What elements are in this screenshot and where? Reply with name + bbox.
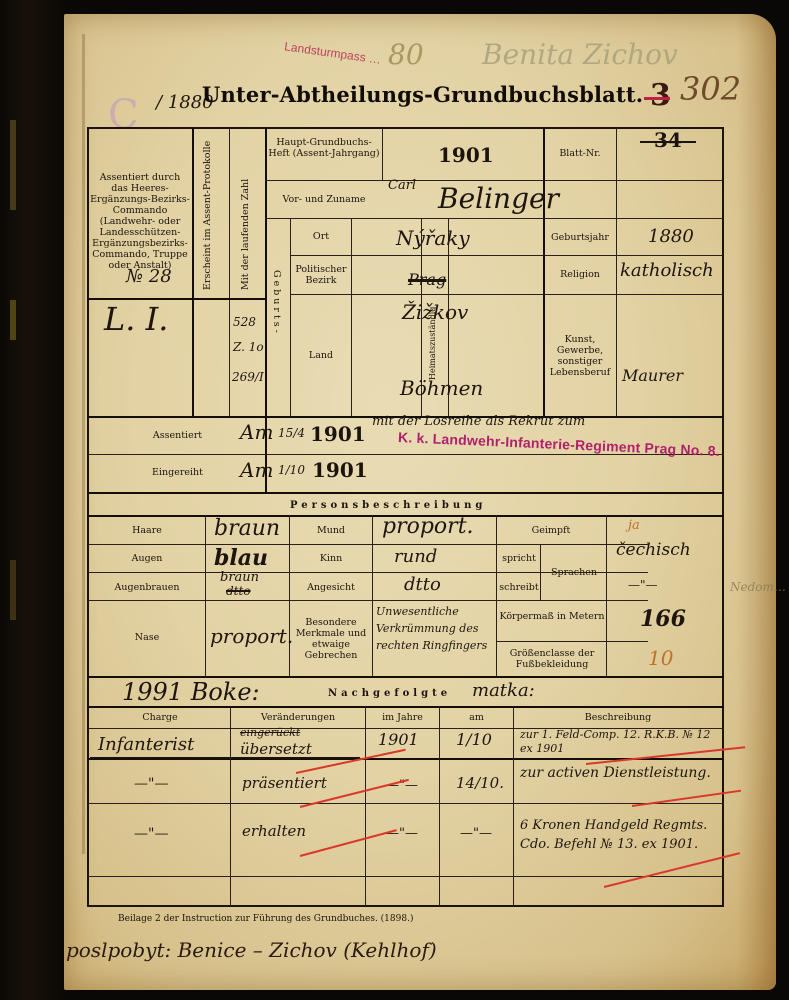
occupation-label: Kunst, Gewerbe, sonstiger Lebensberuf	[545, 334, 615, 378]
marks-value: Unwesentliche Verkrümmung des rechten Ri…	[376, 603, 494, 654]
shoe-size-value: 10	[648, 646, 673, 670]
eyebrows-struck: dtto	[226, 584, 251, 598]
grid-line	[365, 706, 366, 906]
birth-group-label: Geburts-	[271, 270, 282, 360]
eyebrows-label: Augenbrauen	[90, 582, 204, 593]
last-name: Belinger	[438, 182, 559, 215]
grid-line	[88, 492, 724, 494]
grid-line	[192, 128, 194, 416]
grid-line	[88, 803, 724, 804]
hair-label: Haare	[90, 525, 204, 536]
archive-number: 302	[680, 70, 741, 108]
pencil-number-80: 80	[388, 38, 424, 71]
col-date: am	[440, 712, 513, 723]
marks-label: Besondere Merkmale und etwaige Gebrechen	[291, 617, 371, 661]
birth-year-label: Geburtsjahr	[545, 232, 615, 243]
face-label: Angesicht	[291, 582, 371, 593]
grid-line	[513, 706, 514, 906]
occupation-value: Maurer	[622, 366, 683, 385]
grid-line	[265, 218, 723, 219]
first-name: Carl	[388, 178, 416, 193]
footer-print: Beilage 2 der Instruction zur Führung de…	[118, 914, 413, 924]
grid-line	[265, 180, 723, 181]
changes-section-title: Nachgefolgte	[328, 688, 451, 699]
mouth-label: Mund	[291, 525, 371, 536]
serial-value-1: 528	[233, 315, 256, 329]
land-label: Land	[292, 350, 350, 361]
vaccinated-value: ja	[628, 518, 640, 533]
unit-value: L. I.	[104, 300, 168, 338]
col-year: im Jahre	[366, 712, 439, 723]
col-description: Beschreibung	[514, 712, 722, 723]
row1-strike	[90, 757, 360, 759]
grid-line	[230, 706, 231, 906]
face-value: dtto	[404, 574, 441, 595]
col-changes: Veränderungen	[231, 712, 365, 723]
assentiert-year: 1901	[310, 422, 366, 446]
row1-change: übersetzt	[240, 740, 312, 758]
eyebrows-value: braun	[220, 570, 259, 585]
speaks-label: spricht	[498, 553, 540, 564]
pencil-name-top: Benita Zichov	[482, 38, 678, 71]
protocol-label: Erscheint im Assent-Protokolle	[202, 140, 213, 290]
blatt-label: Blatt-Nr.	[545, 148, 615, 159]
row1-change-struck: eingerückt	[240, 726, 300, 739]
grid-line	[439, 706, 440, 906]
description-section-title: Personsbeschreibung	[290, 500, 486, 511]
height-value: 166	[640, 606, 686, 632]
nose-value: proport.	[210, 624, 293, 648]
assentiert-date: 15/4	[278, 426, 305, 440]
mouth-value: proport.	[382, 514, 474, 539]
row1-year: 1901	[378, 730, 419, 749]
grid-line	[205, 515, 206, 676]
vaccinated-label: Geimpft	[498, 525, 604, 536]
page-edge-stain	[736, 14, 776, 990]
grid-line	[229, 128, 230, 416]
name-label: Vor- und Zuname	[268, 194, 380, 205]
grid-line	[88, 706, 724, 708]
eyes-value: blau	[214, 545, 268, 571]
hauptheft-label: Haupt-Grundbuchs-Heft (Assent-Jahrgang)	[268, 137, 380, 159]
grid-line	[290, 255, 723, 256]
bezirk-label: Politischer Bezirk	[292, 264, 350, 286]
margin-note: Nedom…	[730, 580, 786, 594]
serial-value-2: Z. 1o	[233, 340, 264, 354]
writes-label: schreibt	[498, 582, 540, 593]
serial-label: Mit der laufenden Zahl	[240, 140, 251, 290]
height-label: Körpermaß in Metern	[498, 611, 606, 622]
grid-line	[372, 515, 373, 676]
grid-line	[351, 218, 352, 416]
hauptheft-value: 1901	[438, 143, 494, 167]
handwritten-prefix: 1991 Boke:	[122, 678, 260, 706]
chin-label: Kinn	[291, 553, 371, 564]
grid-line	[88, 600, 648, 601]
handwritten-suffix: matka:	[472, 680, 535, 701]
blatt-strike	[640, 141, 696, 143]
row1-date: 1/10	[456, 730, 492, 749]
form-title: Unter-Abtheilungs-Grundbuchsblatt.	[202, 82, 643, 107]
grid-line	[290, 294, 723, 295]
shoe-size-label: Größenclasse der Fußbekleidung	[498, 648, 606, 670]
row1-charge: Infanterist	[98, 734, 194, 755]
assentiert-prefix: Am	[240, 420, 273, 444]
eyes-label: Augen	[90, 553, 204, 564]
grid-line	[606, 515, 607, 676]
grid-line	[290, 218, 291, 416]
row2-date: 14/10.	[456, 774, 504, 792]
hair-value: braun	[214, 516, 280, 541]
grid-line	[616, 128, 617, 416]
ort-label: Ort	[292, 231, 350, 242]
row2-change: präsentiert	[242, 774, 327, 792]
row3-description: 6 Kronen Handgeld Regmts. Cdo. Befehl № …	[520, 816, 710, 854]
grid-line	[540, 544, 541, 600]
birth-year-value: 1880	[648, 226, 694, 247]
col-charge: Charge	[90, 712, 230, 723]
religion-label: Religion	[545, 269, 615, 280]
chin-value: rund	[394, 546, 437, 567]
assentiert-label: Assentiert	[90, 430, 265, 441]
grid-line	[496, 641, 648, 642]
languages-label: Sprachen	[542, 567, 606, 578]
page-fold	[82, 34, 85, 854]
nose-label: Nase	[90, 632, 204, 643]
serial-value-3: 269/I	[232, 370, 264, 384]
speaks-value: čechisch	[616, 540, 691, 560]
grid-line	[88, 876, 724, 877]
grid-line	[382, 128, 383, 180]
row3-charge: —"—	[134, 826, 168, 842]
row3-change: erhalten	[242, 822, 306, 840]
eingereiht-year: 1901	[312, 458, 368, 482]
crossed-mark-strike	[644, 97, 670, 100]
row2-charge: —"—	[134, 776, 168, 792]
row2-description: zur activen Dienstleistung.	[520, 764, 720, 782]
bottom-note: poslpobyt: Benice – Zichov (Kehlhof)	[66, 938, 437, 962]
religion-value: katholisch	[620, 260, 714, 281]
eingereiht-date: 1/10	[278, 463, 305, 477]
assentiert-note: mit der Losreihe als Rekrut zum	[372, 414, 585, 429]
ort-value: Nýřaky	[396, 226, 470, 250]
assent-by-label: Assentiert durch das Heeres-Ergänzungs-B…	[90, 172, 190, 271]
grid-line	[88, 544, 648, 545]
blatt-value: 34	[654, 128, 682, 152]
assent-by-value: № 28	[126, 266, 172, 287]
row3-year: —"—	[386, 826, 418, 841]
row3-date: —"—	[460, 826, 492, 841]
grid-line	[496, 515, 497, 676]
grid-line	[289, 515, 290, 676]
heimat-label: Heimatszuständig	[428, 260, 437, 380]
writes-value: —"—	[628, 578, 658, 592]
eingereiht-prefix: Am	[240, 458, 273, 482]
eingereiht-label: Eingereiht	[90, 467, 265, 478]
crossed-mark: 3	[650, 78, 671, 113]
land-value: Böhmen	[400, 376, 483, 400]
book-spine	[0, 0, 66, 1000]
